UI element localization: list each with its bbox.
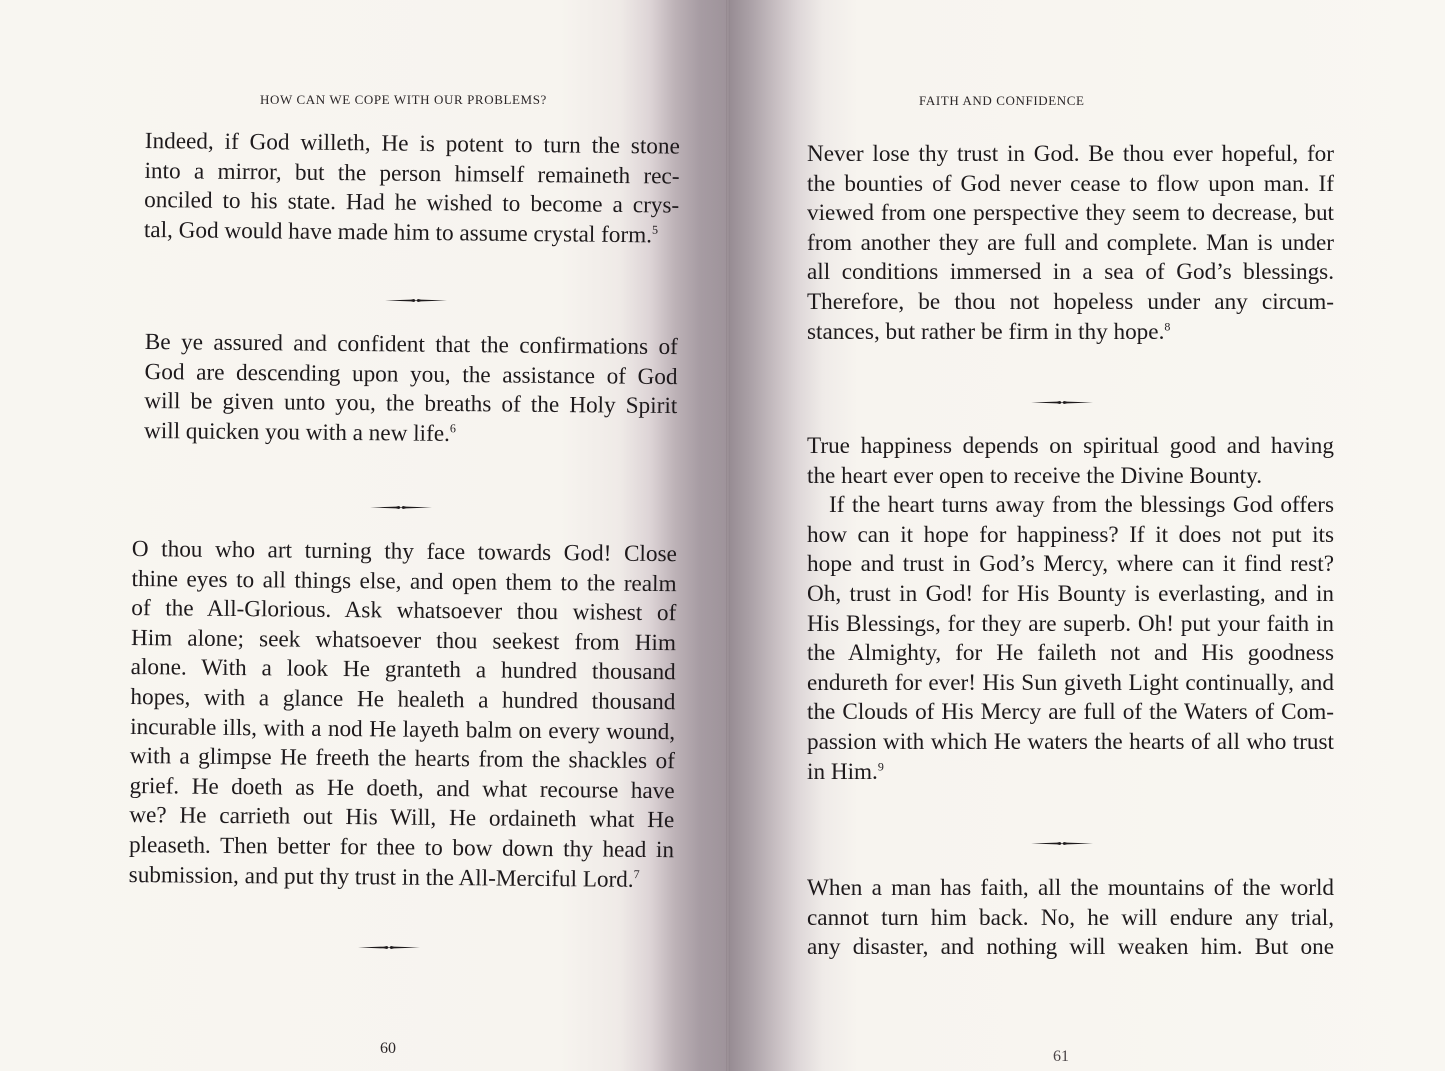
section-divider-ornament-icon [385,296,447,305]
text-line-last: stances, but rather be firm in thy hope.… [807,318,1334,348]
text-line-content: in Him. [807,759,878,785]
text-line-last: tal, God would have made him to assume c… [144,216,679,251]
text-line: When a man has faith, all the mountains … [807,874,1334,904]
text-line: viewed from one perspective they seem to… [807,199,1334,229]
text-line: cannot turn him back. No, he will endure… [807,904,1334,934]
text-line: with a glimpse He freeth the hearts from… [130,742,675,777]
text-line: how can it hope for happiness? If it doe… [807,521,1334,551]
text-line: His Blessings, for they are superb. Oh! … [807,610,1334,640]
text-line: will be given unto you, the breaths of t… [144,387,677,422]
passage-left-1: Indeed, if God willeth, He is potent to … [144,127,680,251]
footnote-ref: 8 [1164,319,1170,333]
page-number-left: 60 [380,1040,396,1058]
footnote-ref: 7 [634,867,640,881]
section-divider-ornament-icon [1031,398,1093,407]
footnote-ref: 6 [450,421,456,435]
text-line: any disaster, and nothing will weaken hi… [807,933,1334,963]
book-spread: HOW CAN WE COPE WITH OUR PROBLEMS? Indee… [0,0,1445,1071]
section-divider-ornament-icon [370,503,432,512]
text-line: the Clouds of His Mercy are full of the … [807,698,1334,728]
passage-right-3: When a man has faith, all the mountains … [807,874,1334,963]
text-line: O thou who art turning thy face towards … [132,535,677,570]
book-gutter [726,0,730,1071]
text-line: Oh, trust in God! for His Bounty is ever… [807,580,1334,610]
text-line-last: in Him.9 [807,758,1334,788]
text-line: passion with which He waters the hearts … [807,728,1334,758]
text-line-last: will quicken you with a new life.6 [144,417,677,452]
text-line-content: tal, God would have made him to assume c… [144,217,652,248]
passage-left-3: O thou who art turning thy face towards … [129,535,677,895]
passage-right-2: True happiness depends on spiritual good… [807,432,1334,787]
text-line-content: stances, but rather be firm in thy hope. [807,319,1164,345]
text-line: Therefore, be thou not hopeless under an… [807,288,1334,318]
text-line: the bounties of God never cease to flow … [807,170,1334,200]
running-head-right: FAITH AND CONFIDENCE [919,93,1085,109]
running-head-left: HOW CAN WE COPE WITH OUR PROBLEMS? [260,92,547,108]
text-line: all conditions immersed in a sea of God’… [807,258,1334,288]
left-page: HOW CAN WE COPE WITH OUR PROBLEMS? Indee… [0,0,728,1071]
text-line: True happiness depends on spiritual good… [807,432,1334,462]
page-number-right: 61 [1053,1048,1069,1066]
text-line-indent: If the heart turns away from the blessin… [807,491,1334,521]
text-line: the Almighty, for He faileth not and His… [807,639,1334,669]
text-line-content: will quicken you with a new life. [144,418,450,447]
section-divider-ornament-icon [1031,839,1093,848]
section-divider-ornament-icon [358,943,420,952]
footnote-ref: 5 [652,222,658,236]
text-line: hope and trust in God’s Mercy, where can… [807,550,1334,580]
passage-left-2: Be ye assured and confident that the con… [144,328,678,451]
text-line-last: the heart ever open to receive the Divin… [807,462,1334,492]
passage-right-1: Never lose thy trust in God. Be thou eve… [807,140,1334,347]
text-line: pleaseth. Then better for thee to bow do… [129,831,674,866]
text-line: endureth for ever! His Sun giveth Light … [807,669,1334,699]
text-line: from another they are full and complete.… [807,229,1334,259]
text-line: hopes, with a glance He healeth a hundre… [130,683,675,718]
text-line: Never lose thy trust in God. Be thou eve… [807,140,1334,170]
footnote-ref: 9 [878,759,884,773]
text-line-content: submission, and put thy trust in the All… [129,862,634,893]
text-line-last: submission, and put thy trust in the All… [129,861,674,896]
text-line: Be ye assured and confident that the con… [145,328,678,363]
